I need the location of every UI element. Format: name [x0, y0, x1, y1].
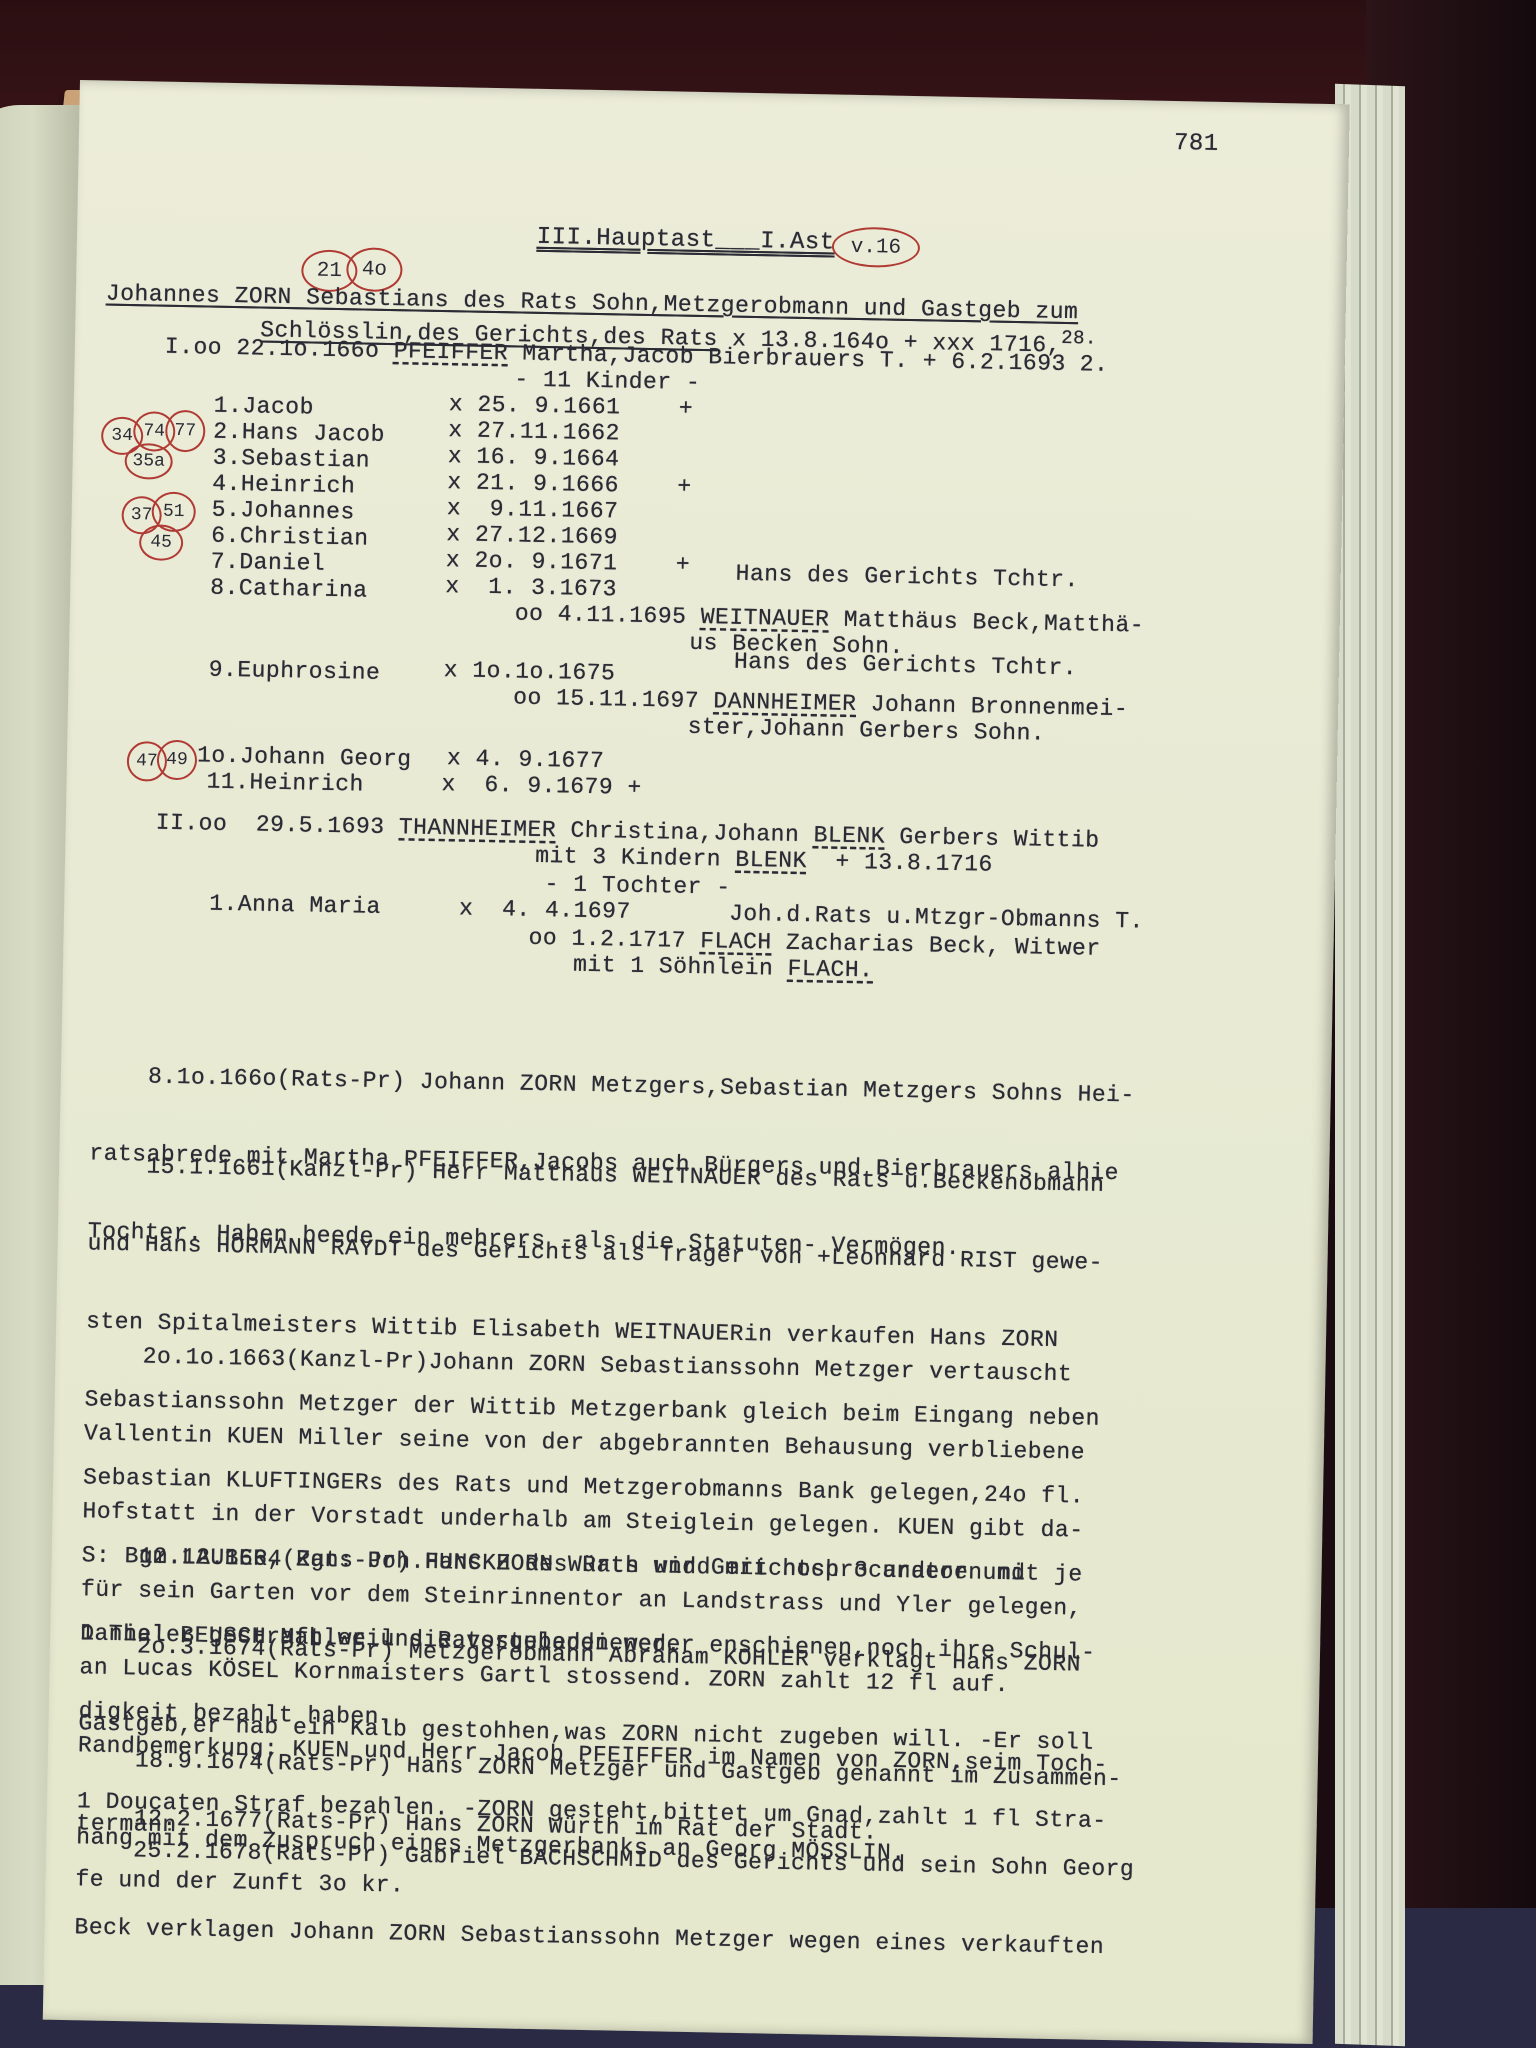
euphrosine-marriage-date: oo 15.11.1697 [513, 684, 714, 714]
catharina-spouse-surname: WEITNAUER [700, 604, 829, 632]
record-3-line-1: 2o.1o.1663(Kanzl-Pr)Johann ZORN Sebastia… [85, 1342, 1115, 1388]
euphrosine-spouse-surname: DANNHEIMER [713, 688, 857, 717]
child-3-name: 3.Sebastian [213, 445, 371, 474]
child-4-birth: x 21. 9.1666 [447, 469, 619, 498]
second-marriage-date: II.oo 29.5.1693 [156, 810, 400, 841]
second-spouse-death: + 13.8.1716 [807, 848, 993, 878]
record-3-line-2: Vallentin KUEN Miller seine von der abge… [84, 1420, 1114, 1466]
child-8-name: 8.Catharina [210, 575, 368, 604]
child-1-birth: x 25. 9.1661 [449, 391, 621, 420]
child-7-died: + [676, 552, 691, 578]
child-7-name: 7.Daniel [211, 549, 326, 577]
record-8-line-2: Beck verklagen Johann ZORN Sebastianssoh… [74, 1914, 1133, 1960]
child-11-name: 11.Heinrich [206, 769, 364, 798]
stepson-surname: FLACH. [787, 956, 873, 984]
record-2-line-2: und Hans HÖRMANN RAYDT des Gerichts als … [87, 1230, 1103, 1275]
child-10-birth: x 4. 9.1677 [447, 745, 605, 774]
child-9-name: 9.Euphrosine [208, 657, 380, 686]
child-11-birth: x 6. 9.1679 + [441, 771, 642, 801]
second-spouse-status: Gerbers Wittib [885, 824, 1100, 854]
stepson-note: mit 1 Söhnlein [573, 952, 788, 982]
record-1-line-1: 8.1o.166o(Rats-Pr) Johann ZORN Metzgers,… [91, 1062, 1135, 1108]
child-4-name: 4.Heinrich [212, 471, 356, 500]
stepchildren-note: mit 3 Kindern [535, 843, 736, 873]
record-8-line-1: 25.2.1678(Rats-Pr) Gabriel BACHSCHMID de… [76, 1836, 1135, 1882]
record-8: 25.2.1678(Rats-Pr) Gabriel BACHSCHMID de… [73, 1784, 1135, 2012]
child-1-died: + [679, 396, 694, 422]
tochter-header: - 1 Tochter - [544, 871, 730, 901]
death-note-2: 2. [1080, 351, 1109, 378]
child-8-birth: x 1. 3.1673 [445, 573, 617, 602]
child-5-name: 5.Johannes [212, 497, 356, 526]
child-3-birth: x 16. 9.1664 [448, 443, 620, 472]
child-6-name: 6.Christian [211, 523, 369, 552]
page-stack-edges [1335, 84, 1405, 2046]
section-title: III.Hauptast___I.Ast [476, 198, 835, 283]
stepchildren-surname: BLENK [735, 847, 807, 874]
catharina-marriage-date: oo 4.11.1695 [515, 600, 701, 630]
book-page: 781 III.Hauptast___I.Ast v.16 21 4o Joha… [43, 80, 1350, 2044]
child-2-birth: x 27.11.1662 [448, 417, 620, 446]
title-spacer: ___ [715, 227, 760, 255]
child-9-birth: x 1o.1o.1675 [443, 657, 615, 686]
anna-maria-marriage-date: oo 1.2.1717 [528, 925, 700, 954]
record-2-line-1: 15.1.1661(Kanzl-Pr) Herr Matthäus WEITNA… [89, 1152, 1105, 1197]
anna-maria-name: 1.Anna Maria [209, 891, 381, 920]
child-1-name: 1.Jacob [214, 393, 315, 421]
record-5-line-1: 2o.3.1674(Rats-Pr) Metzgerobmann Abraham… [80, 1632, 1110, 1678]
anna-maria-spouse-surname: FLACH [700, 928, 772, 955]
blenk-surname: BLENK [813, 822, 885, 849]
second-spouse-surname: THANNHEIMER [399, 814, 557, 843]
kinder-header: - 11 Kinder - [514, 366, 700, 396]
record-4-line-1: 12.12.1664(Rats-Pr) Hans ZORN Würth wird… [81, 1542, 1097, 1587]
child-2-name: 2.Hans Jacob [213, 419, 385, 448]
title-hauptast: III.Hauptast [536, 224, 715, 254]
child-4-died: + [677, 474, 692, 500]
child-6-birth: x 27.12.1669 [446, 521, 618, 550]
spouse-surname: PFEIFFER [393, 338, 508, 366]
child-5-birth: x 9.11.1667 [447, 495, 619, 524]
title-ast: I.Ast [760, 228, 835, 256]
page-number: 781 [1174, 131, 1219, 158]
death-note-28: 28. [1061, 327, 1097, 350]
marriage-date: I.oo 22.1o.166o [165, 334, 394, 364]
child-7-birth: x 2o. 9.1671 [446, 547, 618, 576]
anna-maria-birth: x 4. 4.1697 [459, 895, 631, 924]
child-10-name: 1o.Johann Georg [197, 742, 412, 772]
